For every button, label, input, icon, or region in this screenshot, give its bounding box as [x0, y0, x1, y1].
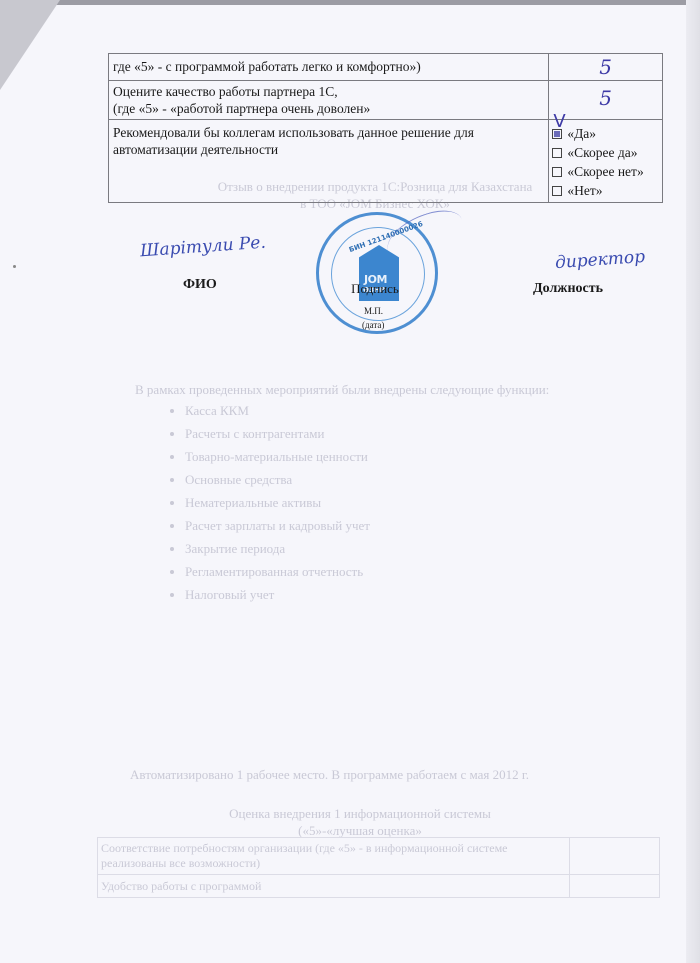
ghost-table-title: Оценка внедрения 1 информационной систем…: [200, 805, 520, 839]
position-label: Должность: [533, 281, 603, 297]
answer-cell: 5: [549, 54, 663, 81]
question-cell: где «5» - с программой работать легко и …: [109, 54, 549, 81]
scan-speck: [13, 265, 16, 268]
question-text: где «5» - с программой работать легко и …: [113, 59, 421, 74]
question-text-line2: автоматизации деятельности: [113, 141, 544, 158]
ghost-list-item: Касса ККМ: [185, 402, 465, 419]
question-text-line2: (где «5» - «работой партнера очень довол…: [113, 100, 544, 117]
survey-row-recommend: Рекомендовали бы коллегам использовать д…: [109, 120, 663, 203]
option-label: «Скорее да»: [567, 143, 637, 162]
option-label: «Скорее нет»: [567, 162, 643, 181]
ghost-cell: Соответствие потребностям организации (г…: [98, 838, 570, 875]
survey-row-ease: где «5» - с программой работать легко и …: [109, 54, 663, 81]
ghost-cell: Удобство работы с программой: [98, 875, 570, 898]
ghost-list-intro: В рамках проведенных мероприятий были вн…: [135, 381, 635, 398]
options-cell: V «Да»«Скорее да»«Скорее нет»«Нет»: [549, 120, 663, 203]
fio-label: ФИО: [183, 277, 217, 293]
option-2[interactable]: «Скорее нет»: [552, 162, 658, 181]
ghost-list-item: Основные средства: [185, 471, 465, 488]
ghost-list-item: Товарно-материальные ценности: [185, 448, 465, 465]
option-0[interactable]: «Да»: [552, 124, 658, 143]
handwritten-score: 5: [553, 56, 658, 78]
signature-label: Подпись: [340, 281, 410, 297]
handwritten-checkmark-icon: V: [553, 113, 565, 130]
ghost-footer-line: Автоматизировано 1 рабочее место. В прог…: [130, 766, 630, 783]
question-text-line1: Рекомендовали бы коллегам использовать д…: [113, 124, 544, 141]
checkbox-checked-icon[interactable]: [552, 129, 562, 139]
date-label: (дата): [362, 320, 384, 330]
ghost-list-item: Регламентированная отчетность: [185, 563, 465, 580]
scan-right-edge: [686, 0, 700, 963]
checkbox-icon[interactable]: [552, 167, 562, 177]
ghost-cell: [570, 838, 660, 875]
option-label: «Нет»: [567, 181, 602, 200]
option-3[interactable]: «Нет»: [552, 181, 658, 200]
handwritten-score: 5: [553, 83, 658, 109]
ghost-list-item: Расчеты с контрагентами: [185, 425, 465, 442]
ghost-table-row: Удобство работы с программой: [98, 875, 660, 898]
question-cell: Рекомендовали бы коллегам использовать д…: [109, 120, 549, 203]
checkbox-icon[interactable]: [552, 148, 562, 158]
stamp-mark-label: М.П.: [364, 306, 383, 316]
survey-table: где «5» - с программой работать легко и …: [108, 53, 663, 203]
checkbox-icon[interactable]: [552, 186, 562, 196]
ghost-list-item: Налоговый учет: [185, 586, 465, 603]
ghost-table-row: Соответствие потребностям организации (г…: [98, 838, 660, 875]
option-1[interactable]: «Скорее да»: [552, 143, 658, 162]
option-label: «Да»: [567, 124, 596, 143]
ghost-list-item: Расчет зарплаты и кадровый учет: [185, 517, 465, 534]
ghost-list-item: Закрытие периода: [185, 540, 465, 557]
survey-row-partner-quality: Оцените качество работы партнера 1С, (гд…: [109, 81, 663, 120]
ghost-table: Соответствие потребностям организации (г…: [97, 837, 660, 898]
question-text-line1: Оцените качество работы партнера 1С,: [113, 83, 544, 100]
ghost-table-title-line1: Оценка внедрения 1 информационной систем…: [200, 805, 520, 822]
ghost-cell: [570, 875, 660, 898]
question-cell: Оцените качество работы партнера 1С, (гд…: [109, 81, 549, 120]
ghost-list-item: Нематериальные активы: [185, 494, 465, 511]
ghost-list: Касса ККМРасчеты с контрагентамиТоварно-…: [165, 402, 465, 609]
